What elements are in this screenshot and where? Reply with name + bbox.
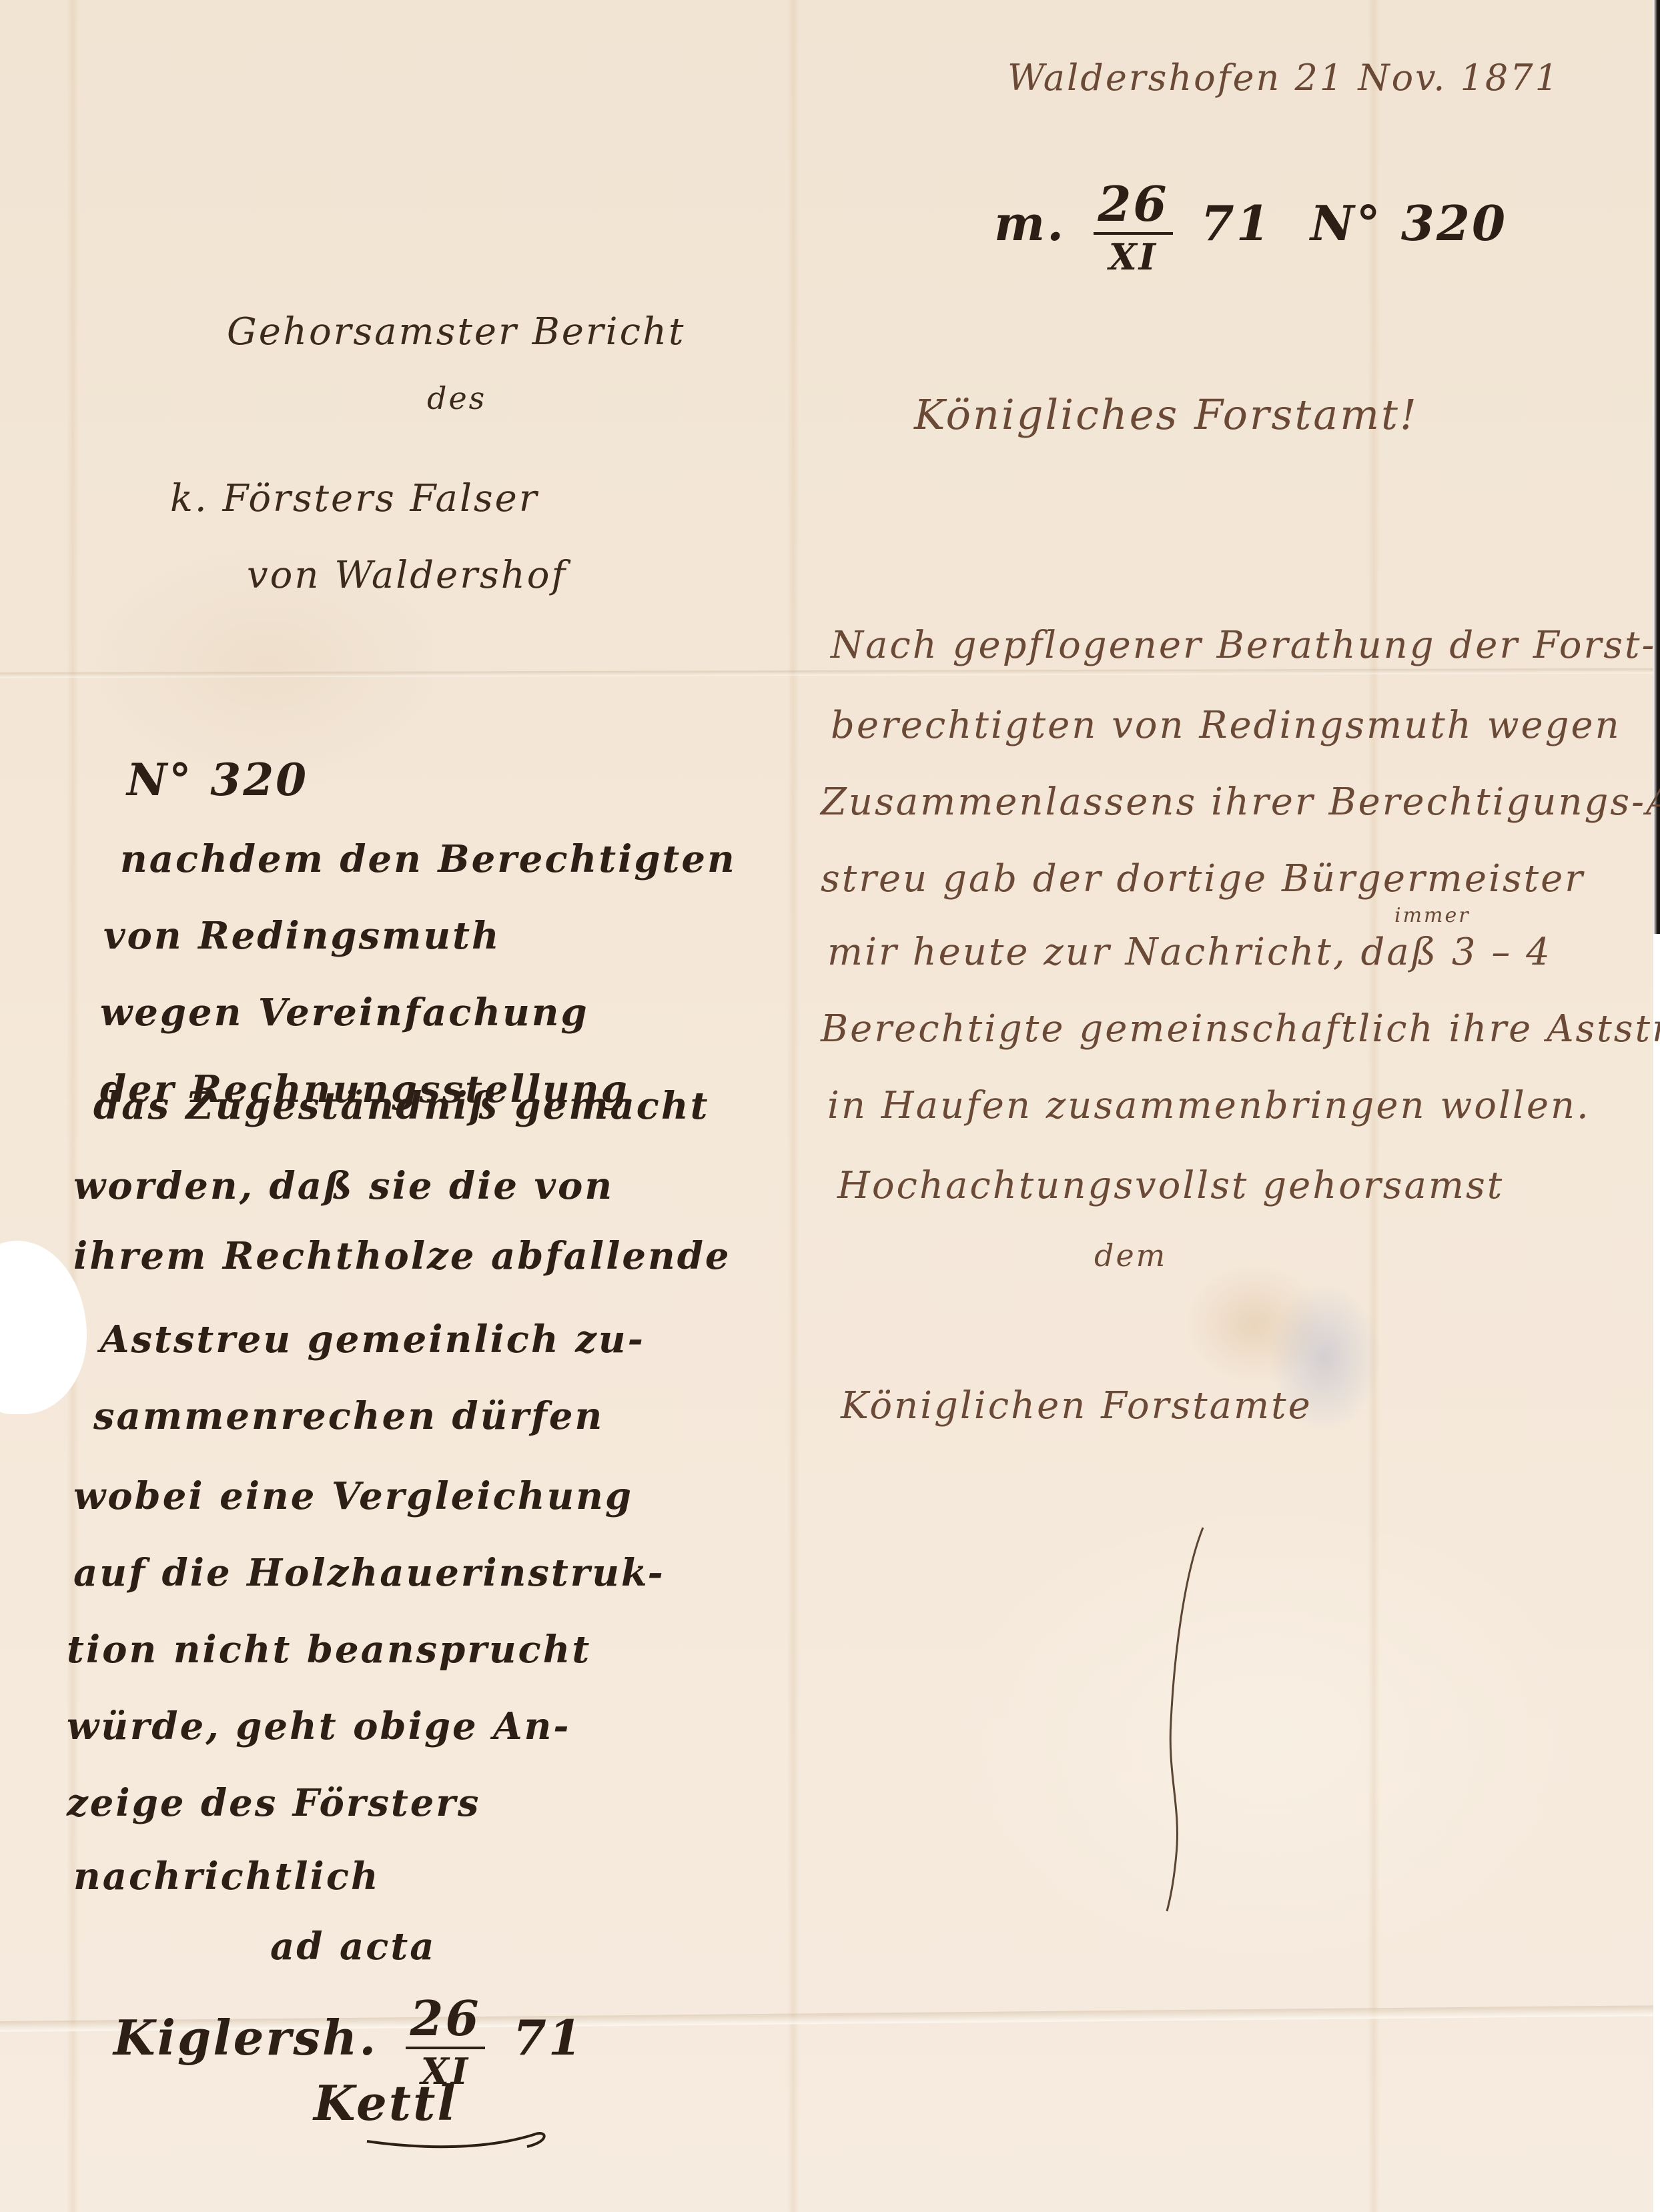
margin-note-line: worden, daß sie die von bbox=[73, 1164, 614, 1208]
margin-note-line: sammenrechen dürfen bbox=[93, 1394, 604, 1438]
body-line: in Haufen zusammenbringen wollen. bbox=[827, 1084, 1591, 1127]
margin-note-line: nachdem den Berechtigten bbox=[120, 837, 737, 881]
margin-note-line: auf die Holzhauerinstruk- bbox=[73, 1551, 665, 1595]
signature-stroke bbox=[1164, 1521, 1204, 1914]
margin-note-line: würde, geht obige An- bbox=[67, 1704, 571, 1748]
note-year: 71 bbox=[513, 2009, 584, 2066]
margin-note-line: nachrichtlich bbox=[73, 1854, 380, 1898]
closing-to: dem bbox=[1094, 1237, 1167, 1273]
margin-note-number: N° 320 bbox=[127, 754, 308, 806]
body-line: streu gab der dortige Bürgermeister bbox=[821, 857, 1585, 901]
body-line: Nach gepflogener Berathung der Forst- bbox=[831, 624, 1656, 667]
body-line: Berechtigte gemeinschaftlich ihre Aststr… bbox=[821, 1007, 1660, 1051]
margin-note-line: tion nicht beansprucht bbox=[67, 1628, 591, 1672]
address-line: k. Försters Falser bbox=[170, 477, 539, 520]
registry-month: XI bbox=[1094, 235, 1172, 275]
margin-note-line: Aststreu gemeinlich zu- bbox=[100, 1317, 645, 1361]
registry-date-fraction: 26 XI bbox=[1094, 180, 1172, 275]
body-line: Zusammenlassens ihrer Berechtigungs-Akt- bbox=[821, 780, 1660, 824]
ad-acta: ad acta bbox=[270, 1924, 436, 1969]
margin-note-line: ihrem Rechtholze abfallende bbox=[73, 1234, 731, 1278]
address-line: des bbox=[427, 380, 486, 416]
margin-note-line: zeige des Försters bbox=[67, 1781, 480, 1825]
signature-flourish bbox=[360, 2121, 560, 2155]
margin-note-line-visible: das Zugeständniß gemacht bbox=[93, 1084, 709, 1128]
vertical-fold-line bbox=[787, 0, 799, 2212]
address-line: von Waldershof bbox=[247, 554, 567, 597]
margin-note-line: von Redingsmuth bbox=[103, 914, 501, 958]
margin-note-line: wobei eine Vergleichung bbox=[73, 1474, 633, 1518]
body-line: mir heute zur Nachricht, daß 3 – 4 bbox=[827, 931, 1552, 974]
closing-recipient: Königlichen Forstamte bbox=[841, 1384, 1312, 1428]
address-line: Gehorsamster Bericht bbox=[227, 310, 686, 354]
note-place: Kiglersh. bbox=[113, 2009, 378, 2066]
registry-number: N° 320 bbox=[1310, 195, 1507, 251]
note-day: 26 bbox=[406, 1995, 484, 2049]
registry-day: 26 bbox=[1094, 180, 1172, 235]
registry-prefix: m. bbox=[994, 195, 1066, 251]
salutation: Königliches Forstamt! bbox=[914, 390, 1418, 439]
margin-note-line: wegen Vereinfachung bbox=[100, 991, 589, 1035]
closing: Hochachtungsvollst gehorsamst bbox=[837, 1164, 1504, 1207]
place-date: Waldershofen 21 Nov. 1871 bbox=[1007, 57, 1560, 99]
body-line: berechtigten von Redingsmuth wegen bbox=[831, 704, 1621, 747]
insertion-above: immer bbox=[1394, 904, 1471, 927]
registry-year: 71 bbox=[1201, 195, 1272, 251]
registry-mark: m. 26 XI 71 N° 320 bbox=[994, 180, 1507, 275]
